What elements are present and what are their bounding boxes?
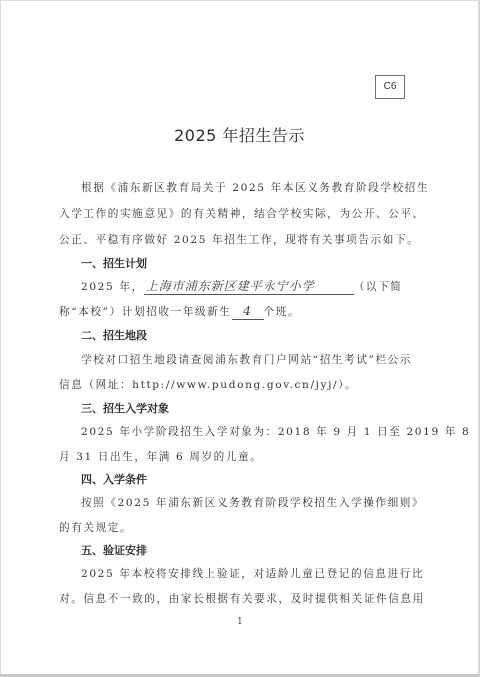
school-name-handwritten: 上海市浦东新区建平永宁小学	[146, 279, 315, 293]
section-2-line-1: 学校对口招生地段请查阅浦东教育门户网站“招生考试”栏公示	[81, 352, 412, 367]
section-heading-enrollment-zone: 二、招生地段	[81, 327, 147, 343]
classes-suffix: 个班。	[264, 306, 301, 318]
intro-line-3: 公正、平稳有序做好 2025 年招生工作，现将有关事项告示如下。	[59, 232, 419, 247]
plan-text: 称“本校”）计划招收一年级新生	[59, 306, 232, 318]
abbreviation-note-start: （以下简	[354, 281, 403, 293]
section-5-line-2: 对。信息不一致的，由家长根据有关要求，及时提供相关证件信息用	[59, 591, 425, 606]
intro-line-2: 入学工作的实施意见》的有关精神，结合学校实际，为公开、公平、	[59, 206, 425, 221]
class-count-field: 4	[232, 305, 264, 320]
page-title: 2025 年招生告示	[1, 123, 478, 146]
page-number: 1	[237, 617, 243, 627]
section-2-line-2: 信息（网址：http://www.pudong.gov.cn/jyj/）。	[59, 377, 357, 392]
section-3-line-1: 2025 年小学阶段招生入学对象为：2018 年 9 月 1 日至 2019 年…	[81, 424, 470, 439]
section-3-line-2: 月 31 日出生，年满 6 周岁的儿童。	[59, 449, 262, 464]
school-name-field: 上海市浦东新区建平永宁小学	[144, 280, 354, 295]
document-code-box: C6	[375, 75, 405, 99]
section-1-line-2: 称“本校”）计划招收一年级新生4个班。	[59, 304, 300, 320]
section-heading-enrollment-plan: 一、招生计划	[81, 255, 147, 271]
section-1-line-1: 2025 年，上海市浦东新区建平永宁小学（以下简	[81, 279, 403, 295]
year-prefix: 2025 年，	[81, 281, 144, 293]
section-heading-admission-conditions: 四、入学条件	[81, 471, 147, 487]
section-heading-eligible-children: 三、招生入学对象	[81, 400, 169, 416]
class-count-handwritten: 4	[243, 304, 252, 318]
section-4-line-2: 的有关规定。	[59, 520, 132, 535]
document-page: C6 2025 年招生告示 根据《浦东新区教育局关于 2025 年本区义务教育阶…	[1, 1, 478, 674]
section-4-line-1: 按照《2025 年浦东新区义务教育阶段学校招生入学操作细则》	[81, 495, 424, 510]
intro-line-1: 根据《浦东新区教育局关于 2025 年本区义务教育阶段学校招生	[81, 180, 429, 195]
section-5-line-1: 2025 年本校将安排线上验证，对适龄儿童已登记的信息进行比	[81, 566, 424, 581]
section-heading-verification: 五、验证安排	[81, 542, 147, 558]
